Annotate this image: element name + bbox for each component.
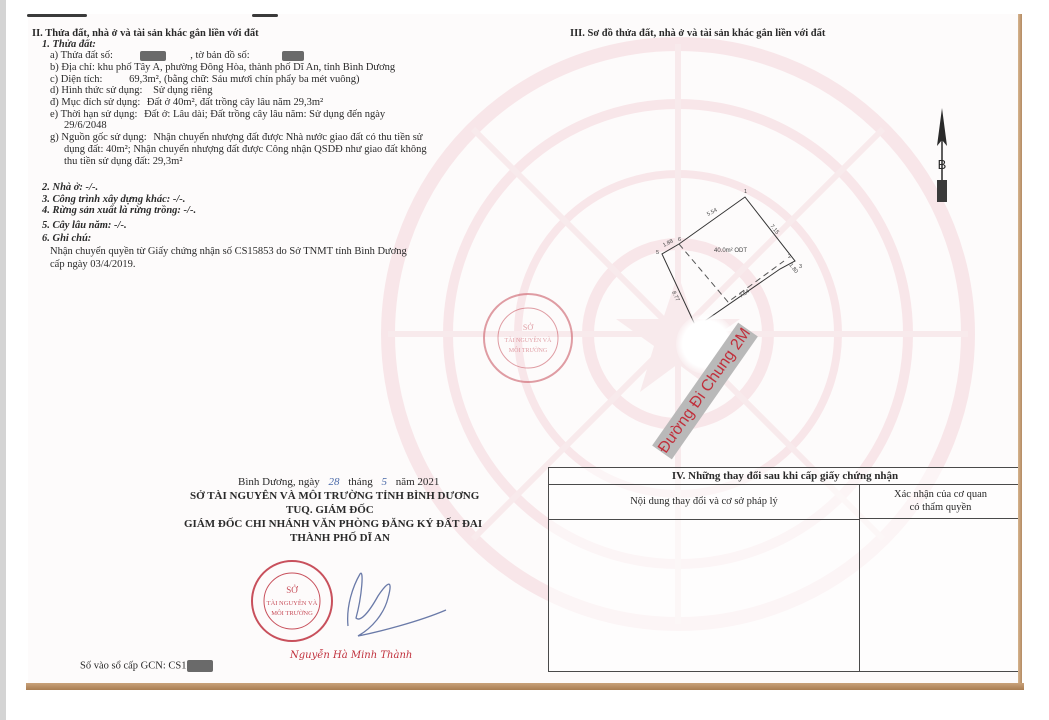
- agency-name: SỞ TÀI NGUYÊN VÀ MÔI TRƯỜNG TỈNH BÌNH DƯ…: [190, 490, 479, 502]
- signer-role: TUQ. GIÁM ĐỐC: [286, 504, 374, 516]
- origin-label: g) Nguồn gốc sử dụng:: [50, 132, 147, 143]
- notes-line-1: Nhận chuyển quyền từ Giấy chứng nhận số …: [50, 246, 407, 258]
- parcel-area-label: 40.0m² ODT: [714, 248, 747, 254]
- usage-term-value: Đất ở: Lâu dài; Đất trồng cây lâu năm: S…: [144, 109, 385, 120]
- usage-form-row: d) Hình thức sử dụng: Sử dụng riêng: [50, 85, 212, 97]
- signing-day: 28: [329, 476, 340, 488]
- area-value: 69,3m², (bằng chữ: Sáu mươi chín phẩy ba…: [129, 74, 359, 85]
- perennial-row: 5. Cây lâu năm: -/-.: [42, 220, 127, 232]
- table-divider: [859, 485, 860, 671]
- redacted-register-number: [187, 660, 213, 672]
- signing-month: 5: [381, 476, 387, 488]
- svg-text:SỞ: SỞ: [523, 322, 534, 332]
- svg-text:6: 6: [678, 237, 681, 243]
- signature-scribble-icon: [308, 566, 448, 656]
- svg-text:MÔI TRƯỜNG: MÔI TRƯỜNG: [509, 346, 548, 354]
- svg-text:1: 1: [744, 189, 747, 195]
- faded-stamp-icon: SỞ TÀI NGUYÊN VÀ MÔI TRƯỜNG: [480, 290, 576, 386]
- map-sheet-label: , tờ bản đồ số:: [190, 50, 250, 61]
- svg-text:TÀI NGUYÊN VÀ: TÀI NGUYÊN VÀ: [505, 336, 553, 344]
- svg-text:5.54: 5.54: [706, 207, 718, 217]
- svg-text:5: 5: [656, 250, 659, 256]
- svg-text:1.80: 1.80: [787, 263, 798, 275]
- redacted-map-sheet: [282, 51, 304, 61]
- notes-heading: 6. Ghi chú:: [42, 233, 91, 245]
- redacted-parcel-number: [140, 51, 166, 61]
- signer-name: Nguyễn Hà Minh Thành: [290, 650, 412, 662]
- origin-value-line2: dụng đất: 40m²; Nhận chuyển nhượng đất đ…: [64, 144, 427, 156]
- usage-form-label: d) Hình thức sử dụng:: [50, 85, 142, 96]
- usage-purpose-label: đ) Mục đích sử dụng:: [50, 97, 140, 108]
- svg-text:SỞ: SỞ: [286, 585, 298, 595]
- parcel-number-row: a) Thửa đất số: , tờ bản đồ số:: [50, 50, 304, 62]
- origin-row: g) Nguồn gốc sử dụng: Nhận chuyển nhượng…: [50, 132, 423, 144]
- certificate-page: II. Thửa đất, nhà ở và tài sản khác gắn …: [28, 14, 1022, 688]
- origin-value: Nhận chuyển nhượng đất được Nhà nước gia…: [153, 132, 422, 143]
- svg-text:3: 3: [799, 264, 802, 270]
- usage-purpose-row: đ) Mục đích sử dụng: Đất ở 40m², đất trồ…: [50, 97, 323, 109]
- section-3-title: III. Sơ đồ thửa đất, nhà ở và tài sản kh…: [570, 28, 825, 40]
- page-bottom-border: [26, 683, 1024, 690]
- page-top-mark: [27, 14, 87, 17]
- usage-term-date: 29/6/2048: [64, 120, 107, 132]
- address-row: b) Địa chỉ: khu phố Tây A, phường Đông H…: [50, 62, 395, 74]
- signer-title-line1: GIÁM ĐỐC CHI NHÁNH VĂN PHÒNG ĐĂNG KÝ ĐẤT…: [184, 518, 482, 530]
- register-number: Số vào sổ cấp GCN: CS1: [80, 660, 213, 672]
- page-fold-mark: [252, 14, 278, 17]
- signing-date: Bình Dương, ngày 28 tháng 5 năm 2021: [238, 476, 439, 488]
- page-right-border: [1018, 14, 1022, 686]
- register-label: Số vào sổ cấp GCN: CS1: [80, 660, 186, 671]
- north-label: B: [938, 157, 947, 172]
- usage-form-value: Sử dụng riêng: [153, 85, 212, 96]
- area-label: c) Diện tích:: [50, 74, 102, 85]
- changes-table: IV. Những thay đổi sau khi cấp giấy chứn…: [548, 467, 1022, 672]
- parcel-number-label: a) Thửa đất số:: [50, 50, 113, 61]
- signer-title-line2: THÀNH PHỐ DĨ AN: [290, 532, 390, 544]
- changes-col-confirmation: Xác nhận của cơ quan có thẩm quyền: [860, 485, 1021, 519]
- notes-line-2: cấp ngày 03/4/2019.: [50, 259, 135, 271]
- origin-value-line3: thu tiền sử dụng đất: 29,3m²: [64, 156, 183, 168]
- forest-row: 4. Rừng sản xuất là rừng trồng: -/-.: [42, 205, 196, 217]
- section-4-title: IV. Những thay đổi sau khi cấp giấy chứn…: [549, 468, 1021, 485]
- changes-col-content: Nội dung thay đổi và cơ sở pháp lý: [549, 485, 859, 520]
- svg-text:MÔI TRƯỜNG: MÔI TRƯỜNG: [271, 609, 313, 617]
- north-arrow-icon: B: [930, 106, 954, 206]
- viewer-left-edge: [0, 0, 6, 720]
- usage-purpose-value: Đất ở 40m², đất trồng cây lâu năm 29,3m²: [147, 97, 323, 108]
- svg-text:8.77: 8.77: [670, 290, 680, 302]
- house-row: 2. Nhà ở: -/-.: [42, 182, 98, 194]
- usage-term-label: e) Thời hạn sử dụng:: [50, 109, 137, 120]
- svg-text:2: 2: [788, 254, 791, 260]
